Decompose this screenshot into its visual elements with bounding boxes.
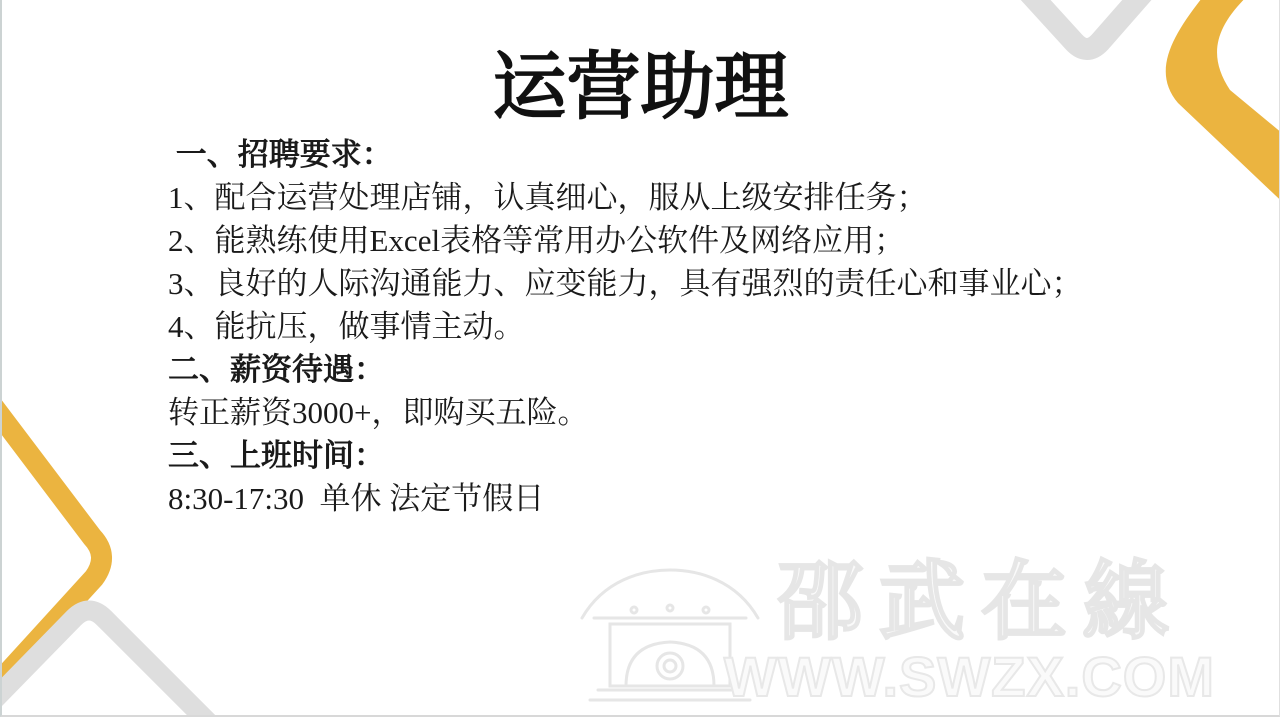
watermark: 邵武在線 WWW.SWZX.COM — [572, 556, 1272, 716]
slide-content: 一、招聘要求： 1、配合运营处理店铺，认真细心，服从上级安排任务； 2、能熟练使… — [168, 133, 1158, 520]
content-line-heading-requirements: 一、招聘要求： — [168, 133, 1158, 176]
content-line-requirement-1: 1、配合运营处理店铺，认真细心，服从上级安排任务； — [168, 176, 1158, 219]
content-line-work-hours-detail: 8:30-17:30 单休 法定节假日 — [168, 477, 1158, 520]
content-line-heading-work-hours: 三、上班时间： — [168, 434, 1158, 477]
content-line-heading-salary: 二、薪资待遇： — [168, 348, 1158, 391]
content-line-requirement-4: 4、能抗压，做事情主动。 — [168, 305, 1158, 348]
watermark-site-name: 邵武在線 — [777, 554, 1185, 650]
content-line-requirement-3: 3、良好的人际沟通能力、应变能力，具有强烈的责任心和事业心； — [168, 262, 1158, 305]
watermark-site-url: WWW.SWZX.COM — [724, 648, 1215, 706]
content-line-salary-detail: 转正薪资3000+，即购买五险。 — [168, 391, 1158, 434]
page-title: 运营助理 — [2, 28, 1279, 134]
bottom-left-gray-chevron-icon — [2, 611, 210, 717]
job-posting-slide: 邵武在線 WWW.SWZX.COM 运营助理 一、招聘要求： 1、配合运营处理店… — [0, 0, 1280, 717]
content-line-requirement-2: 2、能熟练使用Excel表格等常用办公软件及网络应用； — [168, 219, 1158, 262]
bottom-left-yellow-chevron-icon — [2, 402, 102, 692]
